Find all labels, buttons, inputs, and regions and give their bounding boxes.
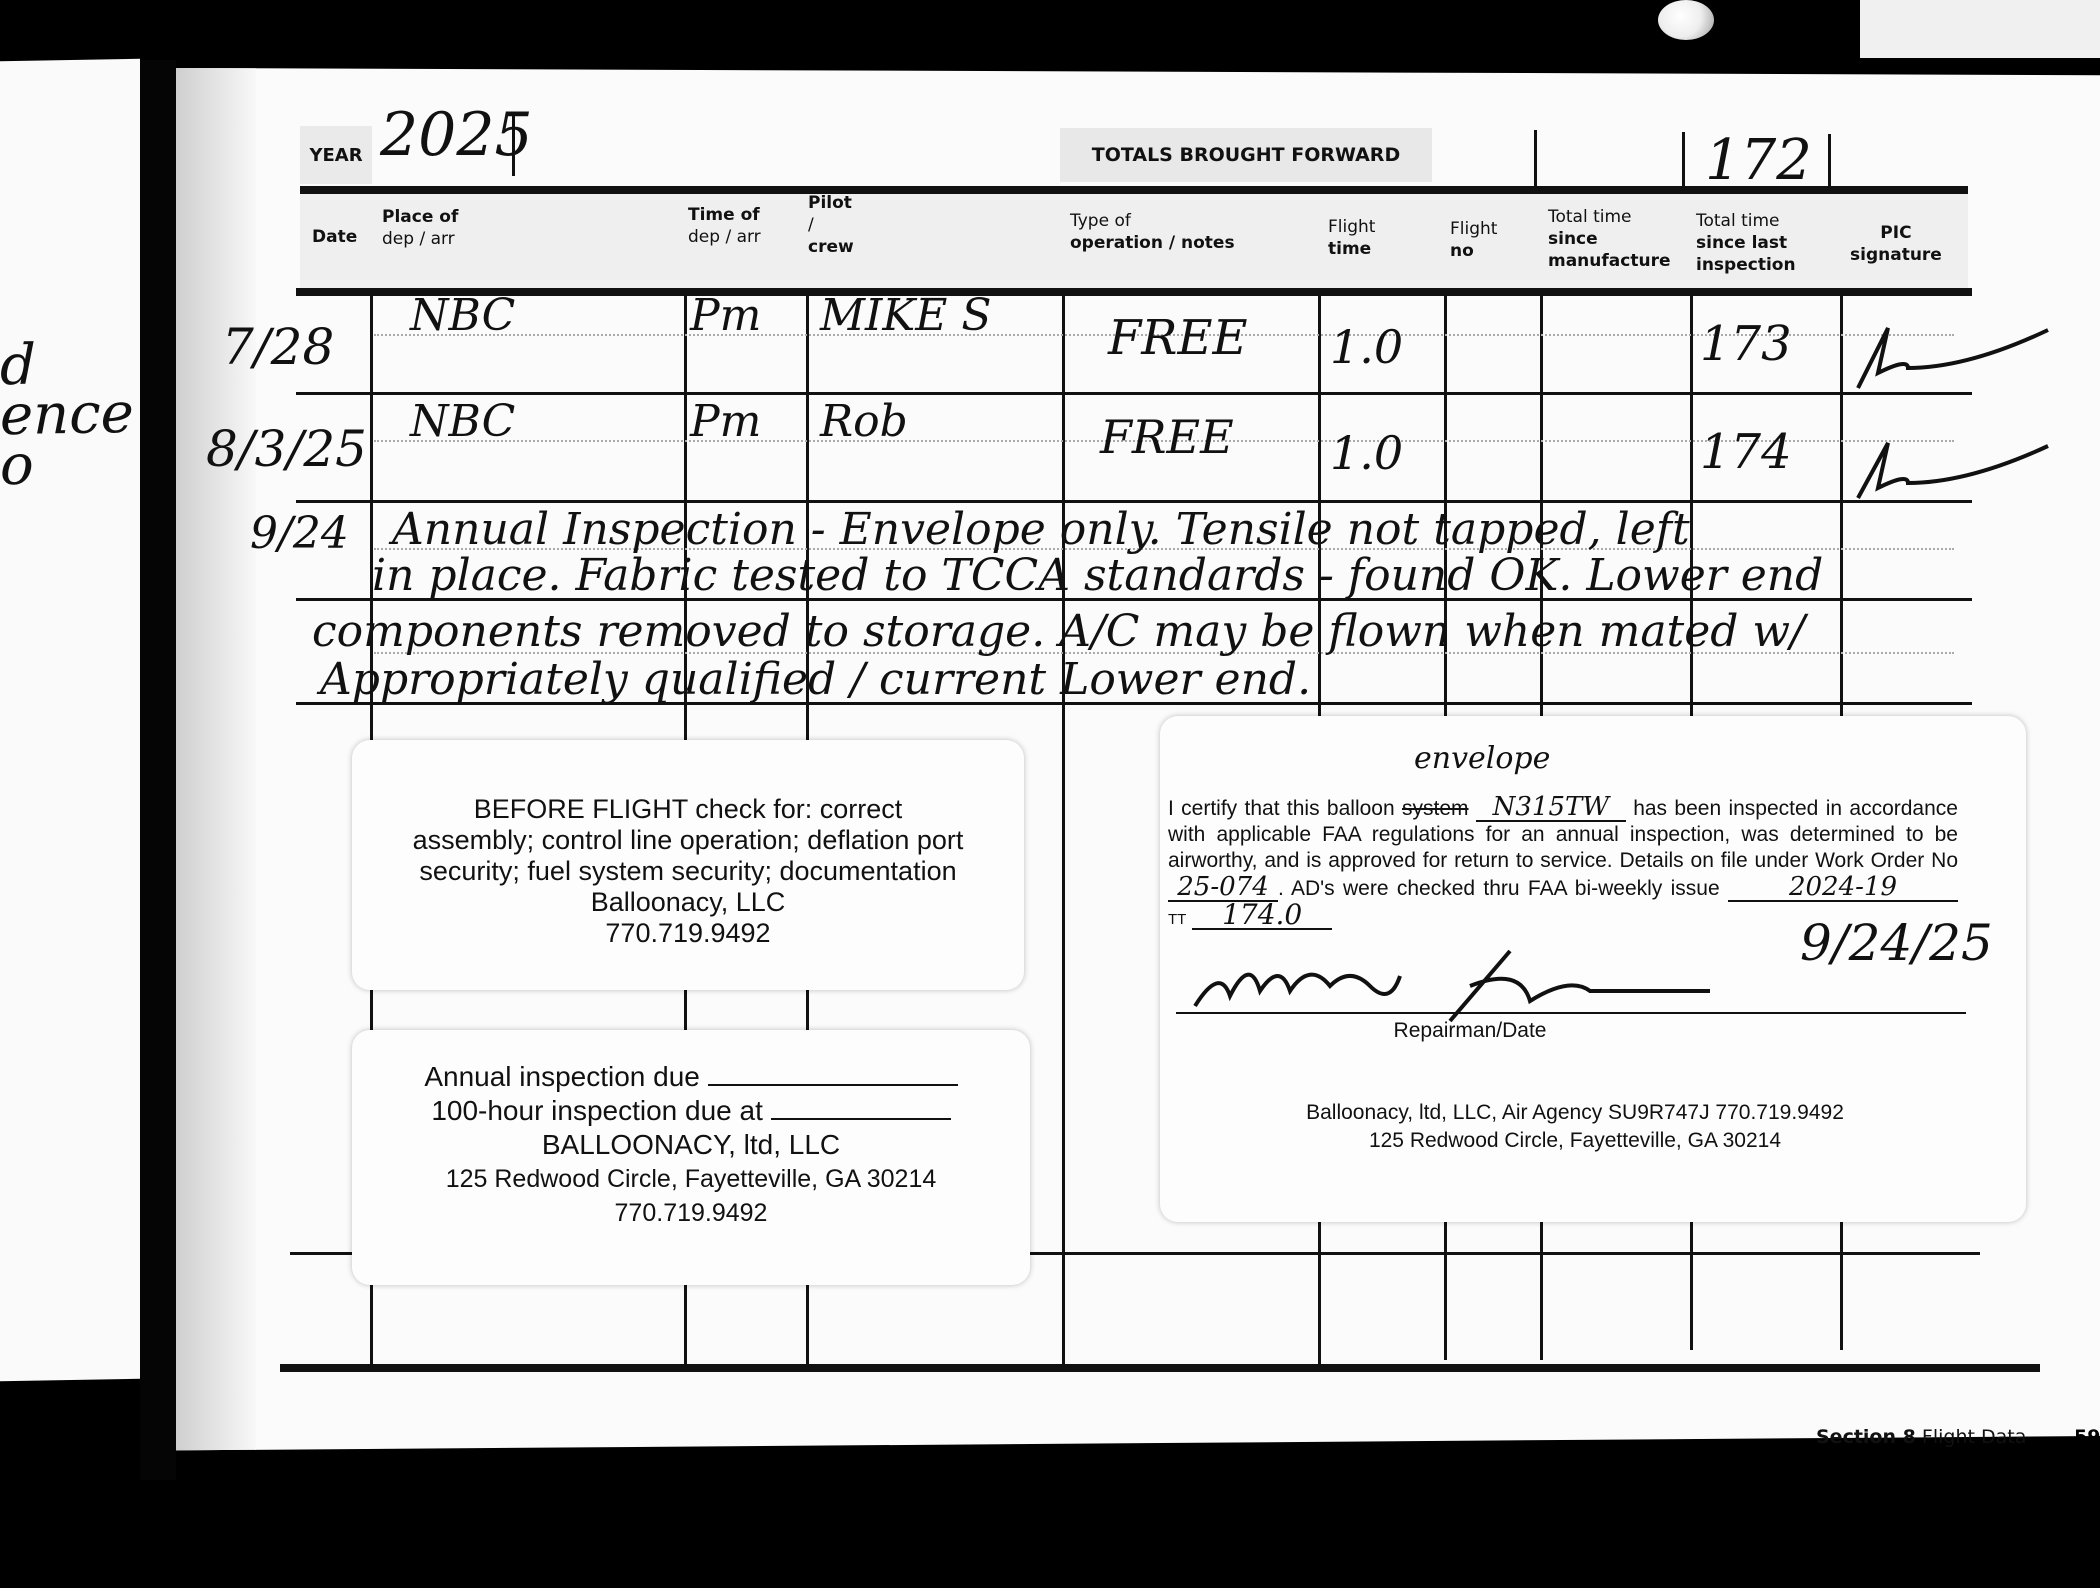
col-header-pic-signature: PICsignature [1850,222,1942,266]
sticker-line: assembly; control line operation; deflat… [352,825,1024,856]
inspection-note-line-4: Appropriately qualified / current Lower … [320,654,1311,705]
row1-flight-time: 1.0 [1330,320,1403,374]
row2-since-inspection: 174 [1700,424,1792,480]
inspection-note-line-3: components removed to storage. A/C may b… [312,606,1805,657]
sticker-phone: 770.719.9492 [352,918,1024,949]
row1-time: Pm [690,290,761,341]
page-number: 59 [2074,1426,2100,1448]
agency-line: Balloonacy, ltd, LLC, Air Agency SU9R747… [1160,1100,1990,1126]
row2-pilot: Rob [820,396,908,447]
year-value: 2025 [380,100,533,170]
col-header-date: Date [312,226,357,248]
row1-since-inspection: 173 [1700,316,1792,372]
agency-address: 125 Redwood Circle, Fayetteville, GA 302… [1160,1128,1990,1154]
divider [1534,130,1537,192]
row1-date: 7/28 [222,318,334,376]
sticker-line: BEFORE FLIGHT check for: correct [352,794,1024,825]
cert-struck-word: system [1402,797,1469,820]
cert-text-1: I certify that this balloon [1168,797,1395,820]
annual-due-blank [708,1084,958,1086]
grid-row-line [296,500,1972,503]
binder-grommet [1658,0,1714,40]
cert-registration: N315TW [1476,794,1626,822]
page-footer: Section 8 Flight Data [1816,1426,2026,1448]
sticker-company: BALLOONACY, ltd, LLC [352,1128,1030,1162]
col-header-since-manufacture: Total timesincemanufacture [1548,206,1670,272]
inspection-note-line-2: in place. Fabric tested to TCCA standard… [372,550,1823,601]
header-bottom-rule [296,288,1972,296]
left-page: d ence o [0,59,140,1381]
grid-col-line [1062,290,1065,1370]
left-page-handwriting: d ence o [0,339,134,491]
certification-text: I certify that this balloon system N315T… [1168,794,1958,933]
book-spine [140,60,176,1480]
sticker-address: 125 Redwood Circle, Fayetteville, GA 302… [352,1162,1030,1196]
row2-flight-time: 1.0 [1330,426,1403,480]
repairman-signature [1190,946,1750,1026]
cert-ad-issue: 2024-19 [1728,874,1958,902]
row2-type: FREE [1100,410,1234,464]
col-header-flight-no: Flightno [1450,218,1497,262]
col-header-place: Place ofdep / arr [382,206,458,250]
hundred-hour-due-label: 100-hour inspection due at [431,1095,763,1126]
inspection-note-line-1: Annual Inspection - Envelope only. Tensi… [392,504,1690,555]
signature-line [1176,1012,1966,1014]
sticker-phone: 770.719.9492 [352,1196,1030,1230]
cert-text-3: . AD's were checked thru FAA bi-weekly i… [1278,877,1720,900]
col-header-pilot: Pilot/crew [808,192,854,258]
row1-pic-signature [1848,318,2058,398]
col-header-flight-time: Flighttime [1328,216,1375,260]
row1-pilot: MIKE S [820,290,992,341]
annual-inspection-due-field: Annual inspection due [352,1060,1030,1094]
hundred-hour-due-field: 100-hour inspection due at [352,1094,1030,1128]
col-header-time: Time ofdep / arr [688,204,761,248]
inspection-note-date: 9/24 [250,508,349,559]
background-page-corner [1860,0,2100,58]
inspection-due-sticker: Annual inspection due 100-hour inspectio… [352,1030,1030,1285]
repairman-sign-date: 9/24/25 [1800,930,1993,956]
col-header-since-inspection: Total timesince lastinspection [1696,210,1796,276]
cert-tt-value: 174.0 [1192,902,1332,930]
footer-section: Section 8 [1816,1426,1916,1448]
row1-place: NBC [410,290,515,341]
hundred-hour-due-blank [771,1118,951,1120]
row2-date: 8/3/25 [206,420,367,478]
row1-type: FREE [1108,310,1248,366]
year-label: YEAR [300,126,372,184]
sticker-line: security; fuel system security; document… [352,856,1024,887]
footer-title: Flight Data [1922,1426,2026,1448]
header-rule [300,186,1968,194]
divider [512,114,515,176]
cert-tt-label: TT [1168,911,1186,928]
table-bottom-rule [280,1364,2040,1372]
grid-row-line [296,392,1972,395]
divider [1682,132,1685,194]
row2-time: Pm [690,396,761,447]
col-header-type: Type ofoperation / notes [1070,210,1235,254]
row2-place: NBC [410,396,515,447]
totals-since-inspection-value: 172 [1705,128,1812,193]
row2-pic-signature [1848,428,2058,508]
sticker-company: Balloonacy, LLC [352,887,1024,918]
totals-brought-forward-label: TOTALS BROUGHT FORWARD [1060,128,1432,182]
annual-inspection-certificate-sticker: envelope I certify that this balloon sys… [1160,716,2026,1222]
annual-due-label: Annual inspection due [424,1061,700,1092]
handwritten-envelope-insert: envelope [1414,746,1550,772]
page-gutter-shadow [176,68,256,1508]
before-flight-sticker: BEFORE FLIGHT check for: correct assembl… [352,740,1024,990]
repairman-date-label: Repairman/Date [1160,1018,1780,1044]
